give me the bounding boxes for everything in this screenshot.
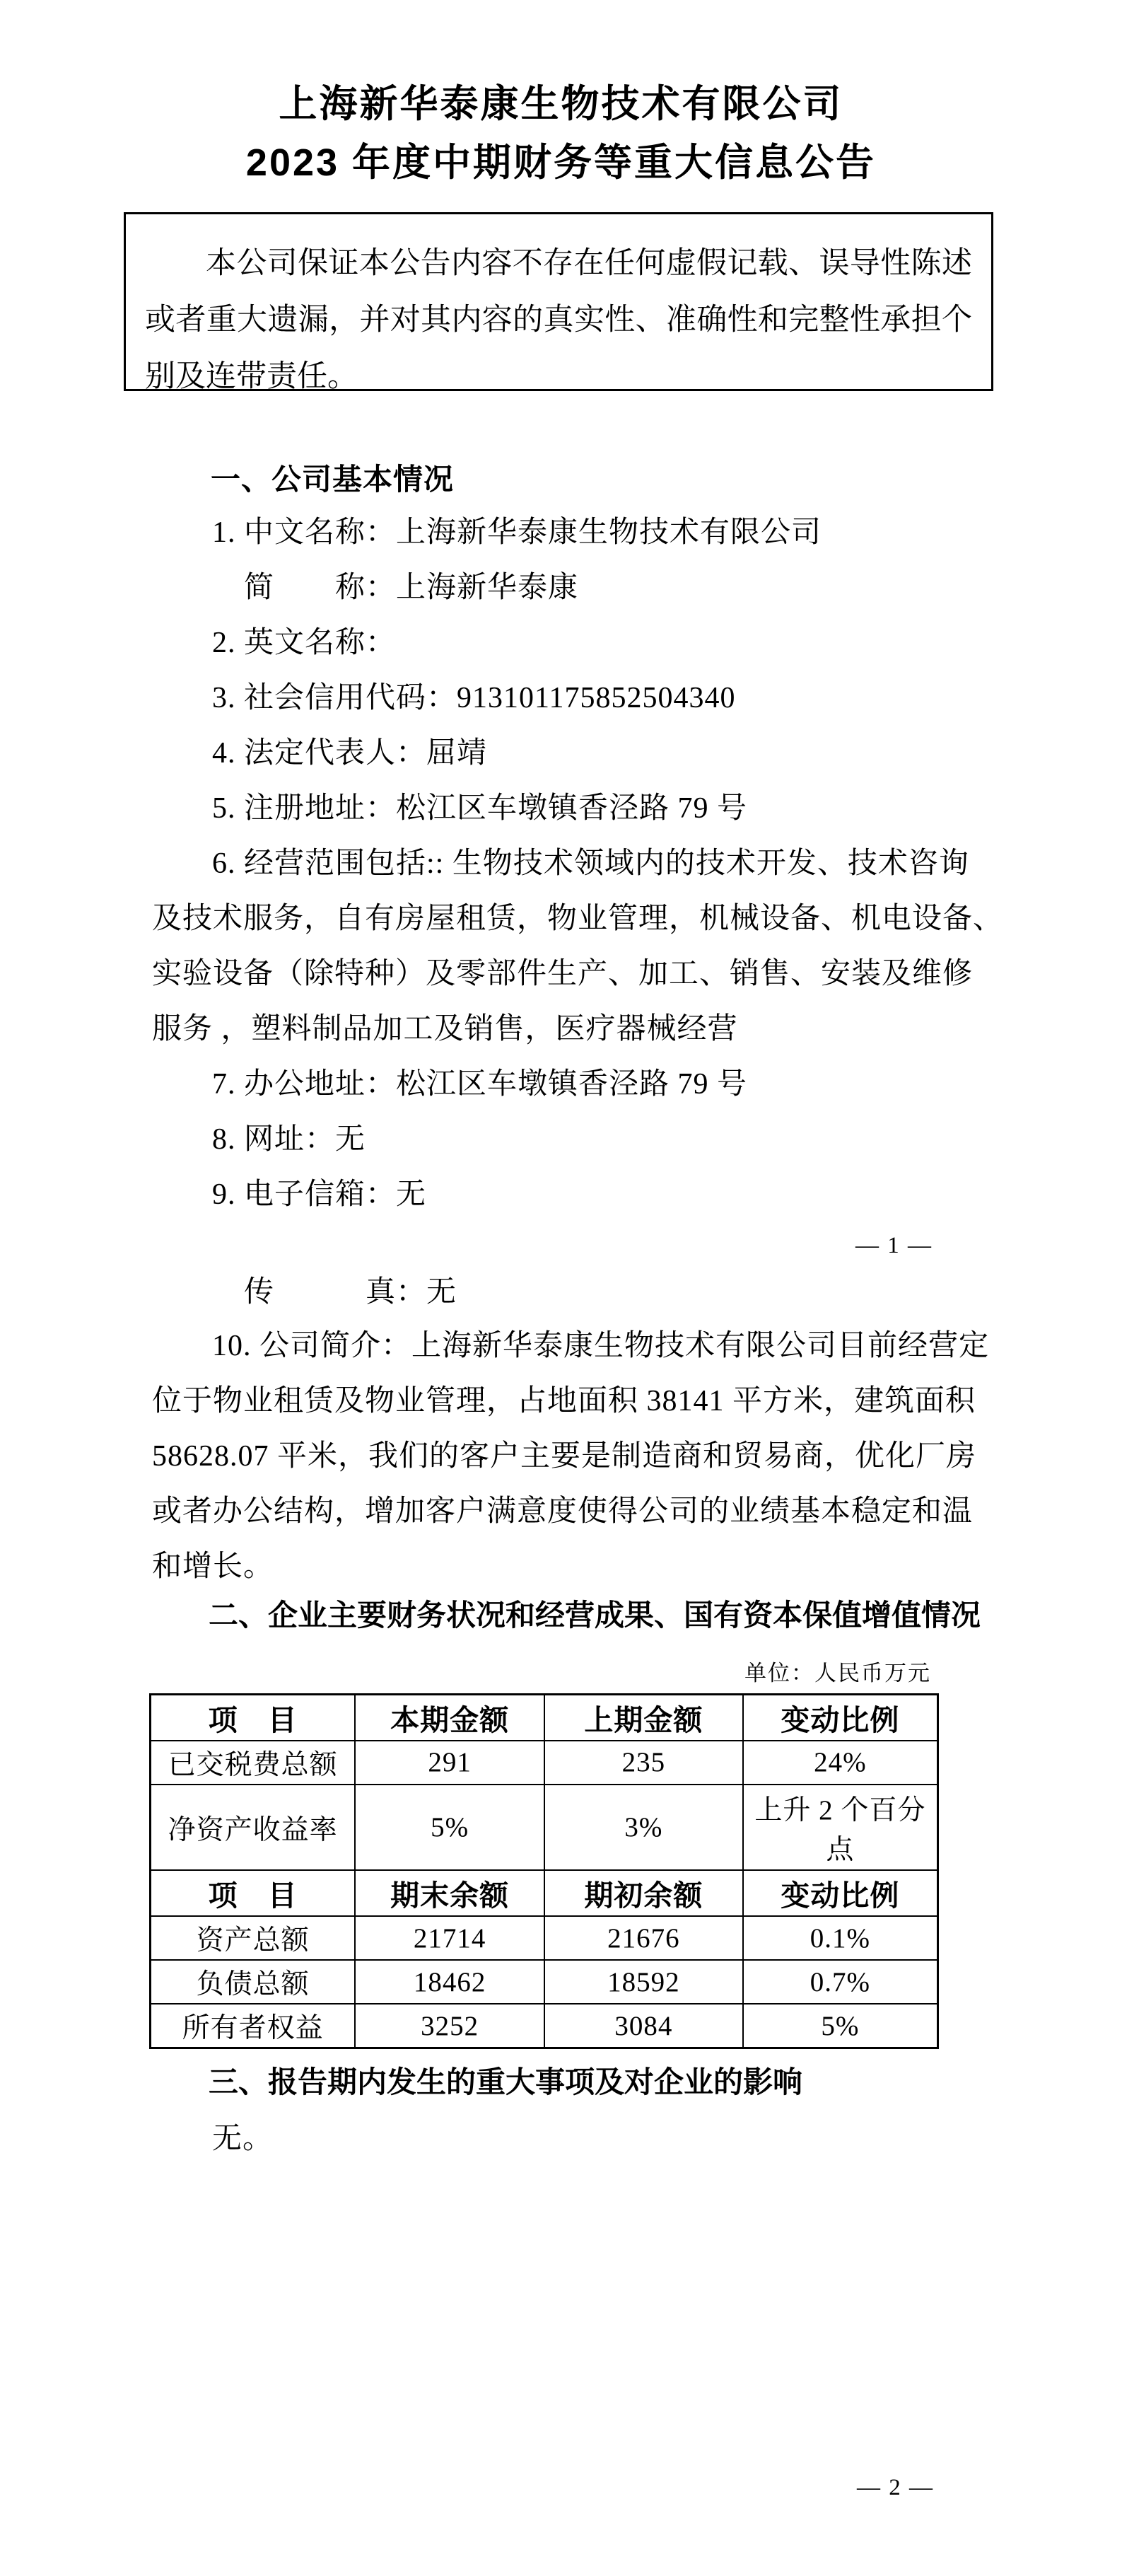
body-line-profile-4: 或者办公结构，增加客户满意度使得公司的业绩基本稳定和温 bbox=[152, 1497, 973, 1526]
document-page: 上海新华泰康生物技术有限公司 2023 年度中期财务等重大信息公告 本公司保证本… bbox=[0, 0, 1122, 2576]
table-cell: 3252 bbox=[355, 2004, 544, 2048]
table-cell: 项 目 bbox=[151, 1695, 356, 1741]
table-cell: 3% bbox=[544, 1785, 743, 1871]
table-cell: 已交税费总额 bbox=[151, 1741, 356, 1785]
table-cell: 上期金额 bbox=[544, 1695, 743, 1741]
table-cell: 变动比例 bbox=[743, 1695, 938, 1741]
table-cell: 24% bbox=[743, 1741, 938, 1785]
table-cell: 5% bbox=[355, 1785, 544, 1871]
body-line-scope-2: 及技术服务，自有房屋租赁，物业管理，机械设备、机电设备、 bbox=[152, 904, 1003, 934]
body-line-cn-name: 1. 中文名称：上海新华泰康生物技术有限公司 bbox=[212, 518, 822, 547]
body-line-legal-rep: 4. 法定代表人：屈靖 bbox=[212, 738, 487, 768]
table-cell: 3084 bbox=[544, 2004, 743, 2048]
table-row-header-1: 项 目 本期金额 上期金额 变动比例 bbox=[151, 1695, 938, 1741]
body-line-profile-3: 58628.07 平米，我们的客户主要是制造商和贸易商，优化厂房 bbox=[152, 1441, 976, 1471]
unit-note: 单位：人民币万元 bbox=[744, 1662, 931, 1684]
body-line-scope-3: 实验设备（除特种）及零部件生产、加工、销售、安装及维修 bbox=[152, 959, 973, 989]
body-line-scope-1: 6. 经营范围包括:: 生物技术领域内的技术开发、技术咨询 bbox=[212, 849, 969, 878]
body-line-short-name: 简 称：上海新华泰康 bbox=[244, 573, 578, 603]
table-cell: 变动比例 bbox=[743, 1870, 938, 1916]
table-cell: 上升 2 个百分点 bbox=[743, 1785, 938, 1871]
financial-table: 项 目 本期金额 上期金额 变动比例 已交税费总额 291 235 24% 净资… bbox=[149, 1693, 939, 2049]
page2-marker: — 2 — bbox=[857, 2476, 934, 2500]
page-title-line1: 上海新华泰康生物技术有限公司 bbox=[0, 85, 1122, 123]
body-line-profile-2: 位于物业租赁及物业管理，占地面积 38141 平方米，建筑面积 bbox=[152, 1386, 976, 1416]
table-cell: 291 bbox=[355, 1741, 544, 1785]
table-row-header-2: 项 目 期末余额 期初余额 变动比例 bbox=[151, 1870, 938, 1916]
table-cell: 资产总额 bbox=[151, 1916, 356, 1960]
table-row-equity: 所有者权益 3252 3084 5% bbox=[151, 2004, 938, 2048]
table-cell: 18462 bbox=[355, 1960, 544, 2004]
body-line-en-name: 2. 英文名称： bbox=[212, 628, 396, 658]
table-row-taxes: 已交税费总额 291 235 24% bbox=[151, 1741, 938, 1785]
table-row-assets: 资产总额 21714 21676 0.1% bbox=[151, 1916, 938, 1960]
disclaimer-text: 本公司保证本公告内容不存在任何虚假记载、误导性陈述或者重大遗漏，并对其内容的真实… bbox=[126, 214, 991, 405]
table-cell: 净资产收益率 bbox=[151, 1785, 356, 1871]
page1-marker: — 1 — bbox=[855, 1234, 933, 1258]
section1-heading: 一、公司基本情况 bbox=[211, 465, 454, 494]
table-cell: 18592 bbox=[544, 1960, 743, 2004]
section3-heading: 三、报告期内发生的重大事项及对企业的影响 bbox=[209, 2067, 802, 2097]
table-cell: 期初余额 bbox=[544, 1870, 743, 1916]
body-line-profile-1: 10. 公司简介：上海新华泰康生物技术有限公司目前经营定 bbox=[212, 1331, 989, 1361]
body-line-reg-address: 5. 注册地址：松江区车墩镇香泾路 79 号 bbox=[212, 794, 747, 823]
table-cell: 21714 bbox=[355, 1916, 544, 1960]
table-cell: 负债总额 bbox=[151, 1960, 356, 2004]
body-line-email: 9. 电子信箱：无 bbox=[212, 1180, 426, 1209]
body-line-scope-4: 服务 ，塑料制品加工及销售，医疗器械经营 bbox=[152, 1014, 738, 1044]
table-row-liabilities: 负债总额 18462 18592 0.7% bbox=[151, 1960, 938, 2004]
table-cell: 0.7% bbox=[743, 1960, 938, 2004]
section3-content: 无。 bbox=[212, 2124, 273, 2154]
body-line-credit-code: 3. 社会信用代码：913101175852504340 bbox=[212, 683, 735, 713]
disclaimer-box: 本公司保证本公告内容不存在任何虚假记载、误导性陈述或者重大遗漏，并对其内容的真实… bbox=[124, 212, 993, 391]
body-line-website: 8. 网址：无 bbox=[212, 1125, 366, 1154]
table-cell: 0.1% bbox=[743, 1916, 938, 1960]
table-cell: 项 目 bbox=[151, 1870, 356, 1916]
table-cell: 本期金额 bbox=[355, 1695, 544, 1741]
table-cell: 235 bbox=[544, 1741, 743, 1785]
table-cell: 5% bbox=[743, 2004, 938, 2048]
body-line-fax: 传 真：无 bbox=[244, 1277, 457, 1307]
table-row-roe: 净资产收益率 5% 3% 上升 2 个百分点 bbox=[151, 1785, 938, 1871]
table-cell: 所有者权益 bbox=[151, 2004, 356, 2048]
table-cell: 期末余额 bbox=[355, 1870, 544, 1916]
table-cell: 21676 bbox=[544, 1916, 743, 1960]
page-title-line2: 2023 年度中期财务等重大信息公告 bbox=[0, 144, 1122, 182]
body-line-profile-5: 和增长。 bbox=[152, 1552, 274, 1582]
body-line-office-address: 7. 办公地址：松江区车墩镇香泾路 79 号 bbox=[212, 1069, 747, 1099]
section2-heading: 二、企业主要财务状况和经营成果、国有资本保值增值情况 bbox=[209, 1601, 981, 1630]
